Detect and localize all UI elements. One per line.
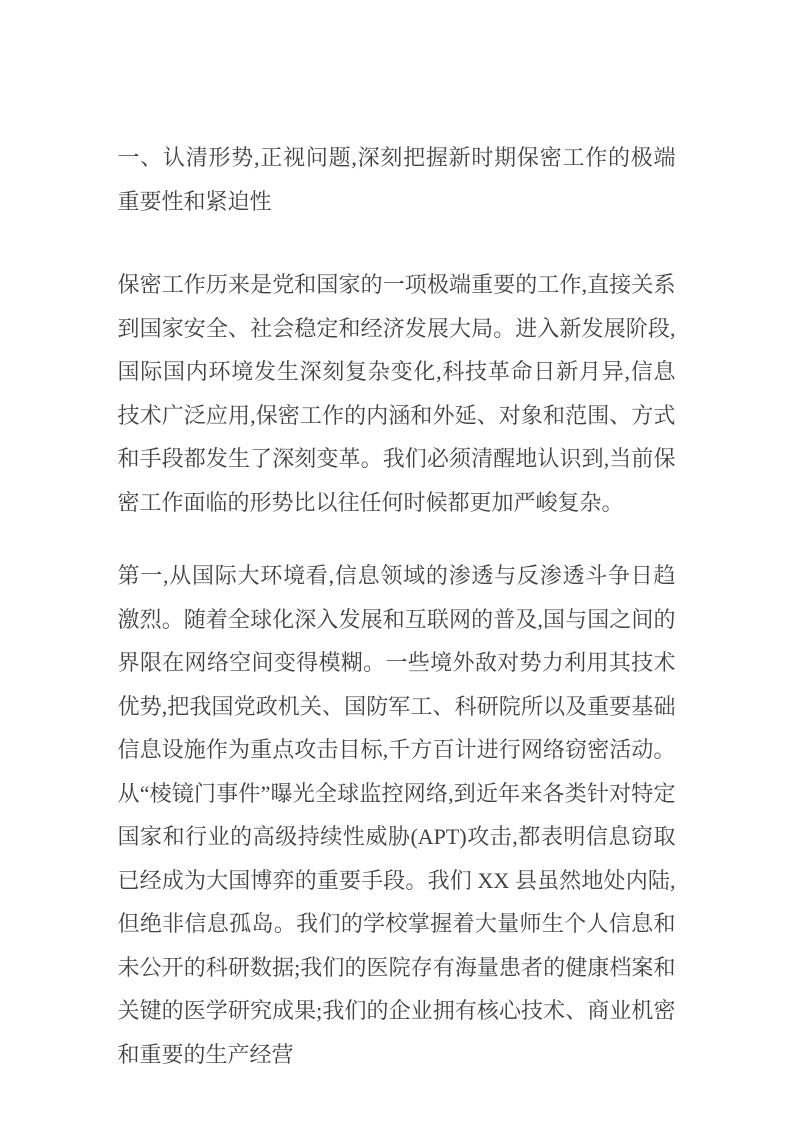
paragraph-1: 保密工作历来是党和国家的一项极端重要的工作,直接关系到国家安全、社会稳定和经济发… [118, 263, 676, 524]
paragraph-2: 第一,从国际大环境看,信息领域的渗透与反渗透斗争日趋激烈。随着全球化深入发展和互… [118, 554, 676, 1076]
document-page: 一、认清形势,正视问题,深刻把握新时期保密工作的极端重要性和紧迫性 保密工作历来… [118, 0, 676, 1076]
section-heading: 一、认清形势,正视问题,深刻把握新时期保密工作的极端重要性和紧迫性 [118, 136, 676, 223]
